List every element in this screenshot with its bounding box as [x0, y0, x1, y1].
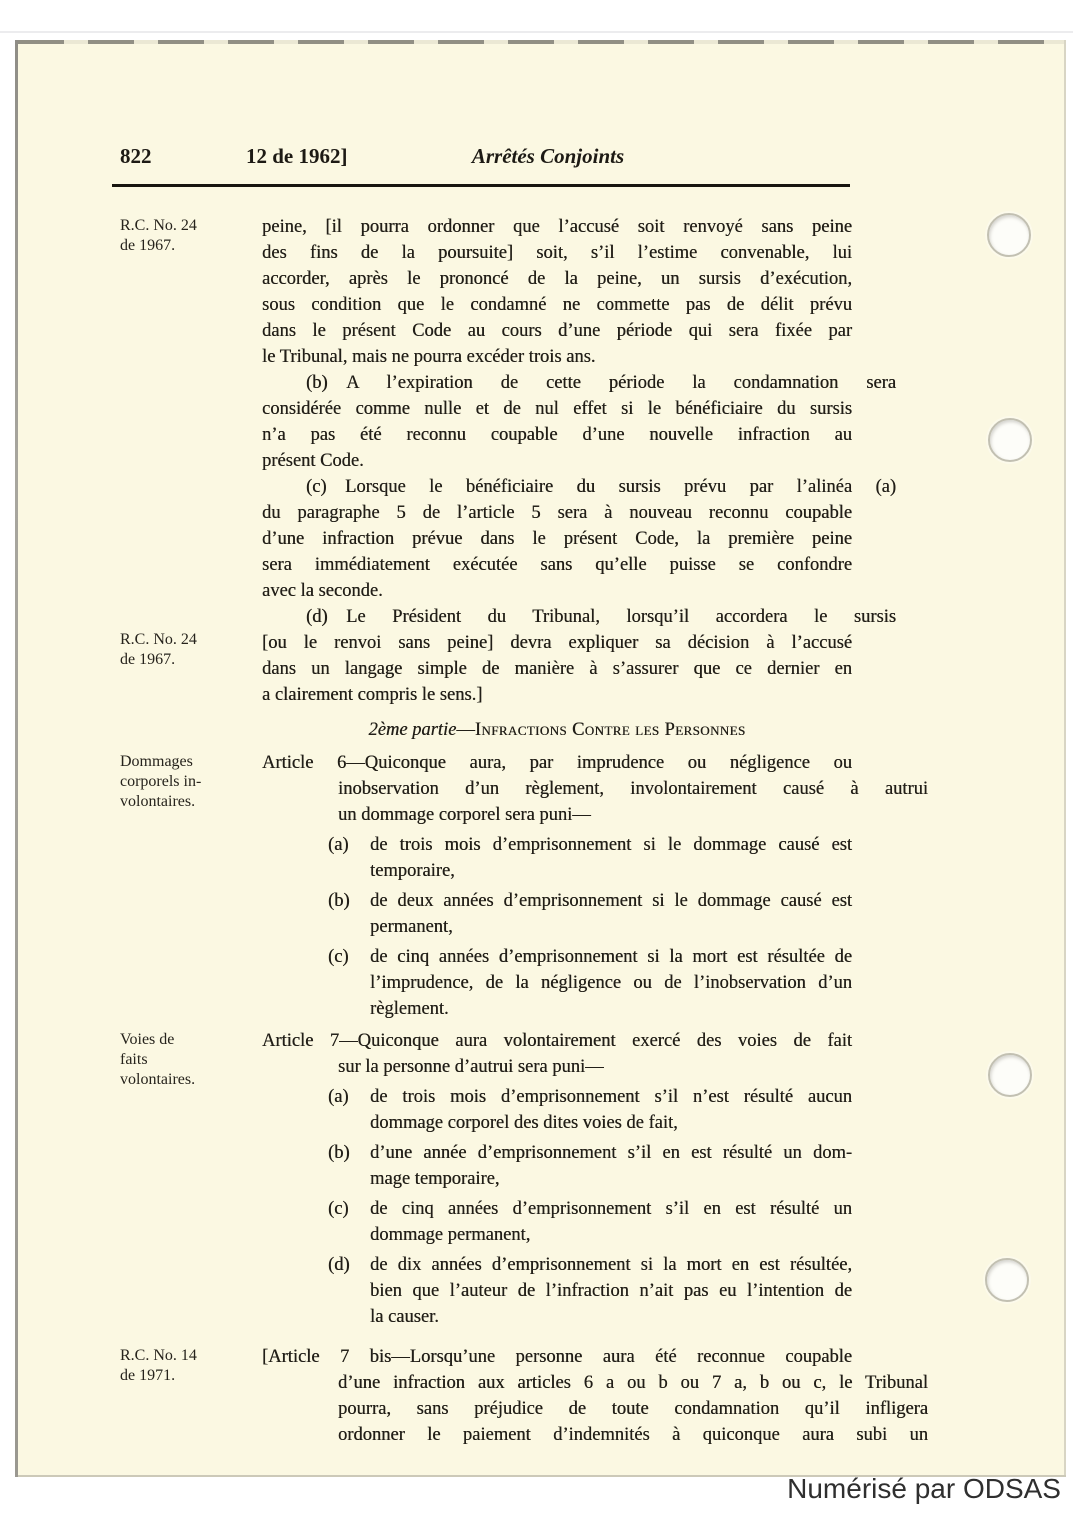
- list-item-label: (c): [328, 944, 349, 970]
- body-line: n’a pas été reconnu coupable d’une nouve…: [262, 422, 852, 448]
- body-line: Article 7—Quiconque aura volontairement …: [262, 1028, 852, 1054]
- margin-note: Voies defaitsvolontaires.: [120, 1028, 262, 1330]
- page-top-edge: [18, 40, 1066, 44]
- margin-note: R.C. No. 14de 1971.: [120, 1344, 262, 1448]
- body-line: (b) A l’expiration de cette période la c…: [262, 370, 896, 396]
- body-line: sera immédiatement exécutée sans qu’elle…: [262, 552, 852, 578]
- body-line: (d) Le Président du Tribunal, lorsqu’il …: [262, 604, 896, 630]
- margin-note-line: de 1967.: [120, 650, 252, 670]
- list-item-line: l’imprudence, de la négligence ou de l’i…: [370, 970, 852, 996]
- margin-note: Dommagescorporels in-volontaires.: [120, 750, 262, 1022]
- margin-note-line: R.C. No. 24: [120, 216, 252, 236]
- list-item-line: la causer.: [370, 1304, 852, 1330]
- list-item-line: d’une année d’emprisonnement s’il en est…: [370, 1140, 852, 1166]
- body-line: peine, [il pourra ordonner que l’accusé …: [262, 214, 852, 240]
- list-item-line: règlement.: [370, 996, 852, 1022]
- page-left-edge: [15, 40, 18, 1477]
- body-text: Article 6—Quiconque aura, par imprudence…: [262, 750, 852, 1022]
- part-heading-dash: —: [456, 720, 475, 740]
- body-line: dans le présent Code au cours d’une péri…: [262, 318, 852, 344]
- body-line: d’une infraction prévue dans le présent …: [262, 526, 852, 552]
- content-row: R.C. No. 24de 1967.(d) Le Président du T…: [120, 604, 876, 708]
- list-item-label: (d): [328, 1252, 350, 1278]
- margin-note: [120, 474, 262, 604]
- list-item-label: (b): [328, 888, 350, 914]
- page-body: R.C. No. 24de 1967.peine, [il pourra ord…: [120, 214, 876, 1448]
- body-line: a clairement compris le sens.]: [262, 682, 852, 708]
- body-text: 2ème partie—Infractions Contre les Perso…: [262, 708, 852, 750]
- content-row: (c) Lorsque le bénéficiaire du sursis pr…: [120, 474, 876, 604]
- margin-note: [120, 708, 262, 750]
- scan-artifact-line: [0, 31, 1073, 33]
- body-line: présent Code.: [262, 448, 852, 474]
- content-row: Dommagescorporels in-volontaires.Article…: [120, 750, 876, 1022]
- body-line: accorder, après le prononcé de la peine,…: [262, 266, 852, 292]
- punch-hole: [985, 1258, 1029, 1302]
- page-sheet: 822 12 de 1962] Arrêtés Conjoints R.C. N…: [18, 40, 1066, 1477]
- list-item-line: de deux années d’emprisonnement si le do…: [370, 888, 852, 914]
- margin-note-line: R.C. No. 24: [120, 630, 252, 650]
- body-line: sous condition que le condamné ne commet…: [262, 292, 852, 318]
- content-row: R.C. No. 24de 1967.peine, [il pourra ord…: [120, 214, 876, 370]
- body-text: (b) A l’expiration de cette période la c…: [262, 370, 852, 474]
- list-item: (d)de dix années d’emprisonnement si la …: [262, 1252, 852, 1330]
- list-item-label: (c): [328, 1196, 349, 1222]
- content-row: Voies defaitsvolontaires.Article 7—Quico…: [120, 1028, 876, 1330]
- list-item-line: permanent,: [370, 914, 852, 940]
- list-item: (c)de cinq années d’emprisonnement s’il …: [262, 1196, 852, 1248]
- punch-hole: [987, 213, 1031, 257]
- list-item-line: de trois mois d’emprisonnement si le dom…: [370, 832, 852, 858]
- list-item-line: de cinq années d’emprisonnement si la mo…: [370, 944, 852, 970]
- list-item-line: dommage corporel des dites voies de fait…: [370, 1110, 852, 1136]
- body-line: avec la seconde.: [262, 578, 852, 604]
- body-line: ordonner le paiement d’indemnités à quic…: [262, 1422, 928, 1448]
- margin-note-line: R.C. No. 14: [120, 1346, 252, 1366]
- list-item-line: de dix années d’emprisonnement si la mor…: [370, 1252, 852, 1278]
- body-line: [Article 7 bis—Lorsqu’une personne aura …: [262, 1344, 852, 1370]
- margin-note-line: faits: [120, 1050, 252, 1070]
- list-item: (b)de deux années d’emprisonnement si le…: [262, 888, 852, 940]
- page-number: 822: [120, 144, 152, 169]
- list-item: (a)de trois mois d’emprisonnement s’il n…: [262, 1084, 852, 1136]
- body-line: [ou le renvoi sans peine] devra explique…: [262, 630, 852, 656]
- body-line: sur la personne d’autrui sera puni—: [262, 1054, 928, 1080]
- scan-credit: Numérisé par ODSAS: [787, 1473, 1061, 1505]
- body-text: (c) Lorsque le bénéficiaire du sursis pr…: [262, 474, 852, 604]
- page-right-edge: [1064, 40, 1066, 1477]
- body-line: inobservation d’un règlement, involontai…: [262, 776, 928, 802]
- punch-hole: [988, 1053, 1032, 1097]
- list-item-line: de trois mois d’emprisonnement s’il n’es…: [370, 1084, 852, 1110]
- margin-note: R.C. No. 24de 1967.: [120, 214, 262, 370]
- list-item-line: de cinq années d’emprisonnement s’il en …: [370, 1196, 852, 1222]
- section-heading-row: 2ème partie—Infractions Contre les Perso…: [120, 708, 876, 750]
- body-line: (c) Lorsque le bénéficiaire du sursis pr…: [262, 474, 896, 500]
- body-line: du paragraphe 5 de l’article 5 sera à no…: [262, 500, 852, 526]
- list-item: (a)de trois mois d’emprisonnement si le …: [262, 832, 852, 884]
- margin-note-line: de 1967.: [120, 236, 252, 256]
- list-item-label: (a): [328, 1084, 349, 1110]
- header-rule: [112, 184, 850, 187]
- margin-note: R.C. No. 24de 1967.: [120, 604, 262, 708]
- body-line: pourra, sans préjudice de toute condamna…: [262, 1396, 928, 1422]
- part-heading-italic: 2ème partie: [368, 720, 456, 740]
- issue-reference: 12 de 1962]: [246, 144, 348, 169]
- page-header: 822 12 de 1962] Arrêtés Conjoints: [18, 144, 1066, 174]
- list-item-label: (b): [328, 1140, 350, 1166]
- list-item-line: temporaire,: [370, 858, 852, 884]
- body-line: dans un langage simple de manière à s’as…: [262, 656, 852, 682]
- margin-note-line: corporels in-: [120, 772, 252, 792]
- list-item: (b)d’une année d’emprisonnement s’il en …: [262, 1140, 852, 1192]
- margin-note-line: volontaires.: [120, 1070, 252, 1090]
- body-text: peine, [il pourra ordonner que l’accusé …: [262, 214, 852, 370]
- part-heading: 2ème partie—Infractions Contre les Perso…: [262, 717, 852, 743]
- content-row: R.C. No. 14de 1971.[Article 7 bis—Lorsqu…: [120, 1344, 876, 1448]
- margin-note-line: Dommages: [120, 752, 252, 772]
- content-row: (b) A l’expiration de cette période la c…: [120, 370, 876, 474]
- margin-note: [120, 370, 262, 474]
- document-title: Arrêtés Conjoints: [472, 144, 624, 169]
- body-line: un dommage corporel sera puni—: [262, 802, 928, 828]
- body-text: [Article 7 bis—Lorsqu’une personne aura …: [262, 1344, 852, 1448]
- part-heading-smallcaps: Infractions Contre les Personnes: [475, 720, 746, 740]
- scanned-document-page: 822 12 de 1962] Arrêtés Conjoints R.C. N…: [0, 0, 1073, 1517]
- list-item: (c)de cinq années d’emprisonnement si la…: [262, 944, 852, 1022]
- list-item-line: bien que l’auteur de l’infraction n’ait …: [370, 1278, 852, 1304]
- margin-note-line: Voies de: [120, 1030, 252, 1050]
- punch-hole: [988, 418, 1032, 462]
- body-text: Article 7—Quiconque aura volontairement …: [262, 1028, 852, 1330]
- body-line: d’une infraction aux articles 6 a ou b o…: [262, 1370, 928, 1396]
- body-line: Article 6—Quiconque aura, par imprudence…: [262, 750, 852, 776]
- body-line: le Tribunal, mais ne pourra excéder troi…: [262, 344, 852, 370]
- body-text: (d) Le Président du Tribunal, lorsqu’il …: [262, 604, 852, 708]
- body-line: considérée comme nulle et de nul effet s…: [262, 396, 852, 422]
- list-item-line: mage temporaire,: [370, 1166, 852, 1192]
- list-item-line: dommage permanent,: [370, 1222, 852, 1248]
- body-line: des fins de la poursuite] soit, s’il l’e…: [262, 240, 852, 266]
- margin-note-line: de 1971.: [120, 1366, 252, 1386]
- margin-note-line: volontaires.: [120, 792, 252, 812]
- list-item-label: (a): [328, 832, 349, 858]
